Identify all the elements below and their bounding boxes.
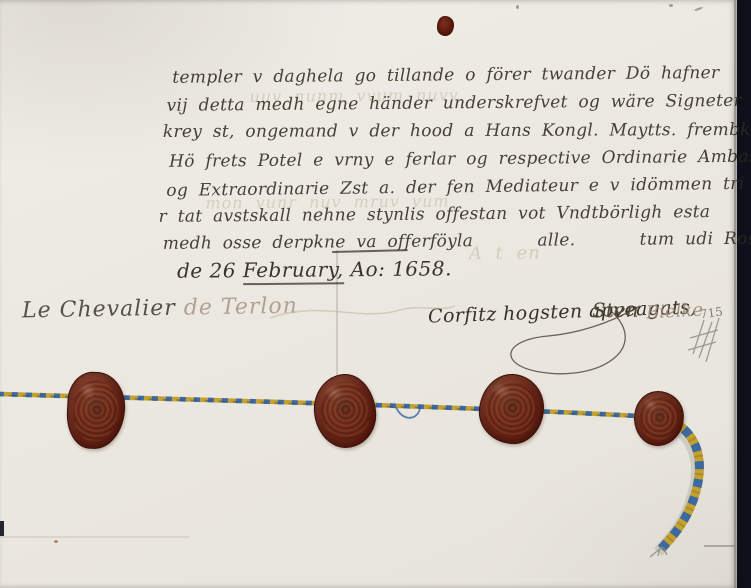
signature-bielke: Bielke bbox=[645, 300, 703, 324]
manuscript-line: r tat avstskall nehne stynlis offestan v… bbox=[158, 202, 710, 227]
date-year: Ao: 1658. bbox=[344, 256, 452, 281]
page-corner-edge bbox=[704, 545, 735, 547]
signature-terlon-faint: de Terlon bbox=[176, 294, 298, 321]
signature-sten: Sten bbox=[592, 298, 639, 323]
date-line: de 26 February, Ao: 1658. bbox=[177, 256, 452, 282]
manuscript-photo: uuv nunm vvum nuvv mon vunr nuv mruv vum… bbox=[0, 0, 751, 588]
wax-speck bbox=[54, 540, 58, 543]
manuscript-line: Hö frets Potel e vrny e ferlar og respec… bbox=[169, 146, 751, 172]
edge-notch bbox=[0, 521, 4, 536]
date-month-underlined: February, bbox=[243, 257, 344, 285]
fold-crease-horizontal bbox=[0, 536, 190, 538]
signature-terlon-dark: Le Chevalier bbox=[22, 296, 176, 324]
signature-terlon: Le Chevalier de Terlon bbox=[22, 294, 298, 324]
manuscript-line: og Extraordinarie Zst a. der fen Mediate… bbox=[166, 174, 751, 201]
manuscript-line: krey st, ongemand v der hood a Hans Kong… bbox=[163, 120, 751, 142]
manuscript-text-block: uuv nunm vvum nuvv mon vunr nuv mruv vum… bbox=[0, 0, 751, 303]
manuscript-line: medh osse derpkne va offerföyla alle. tu… bbox=[163, 228, 751, 254]
manuscript-line: templer v daghela go tillande o förer tw… bbox=[172, 63, 719, 88]
date-prefix: de 26 bbox=[177, 258, 243, 283]
